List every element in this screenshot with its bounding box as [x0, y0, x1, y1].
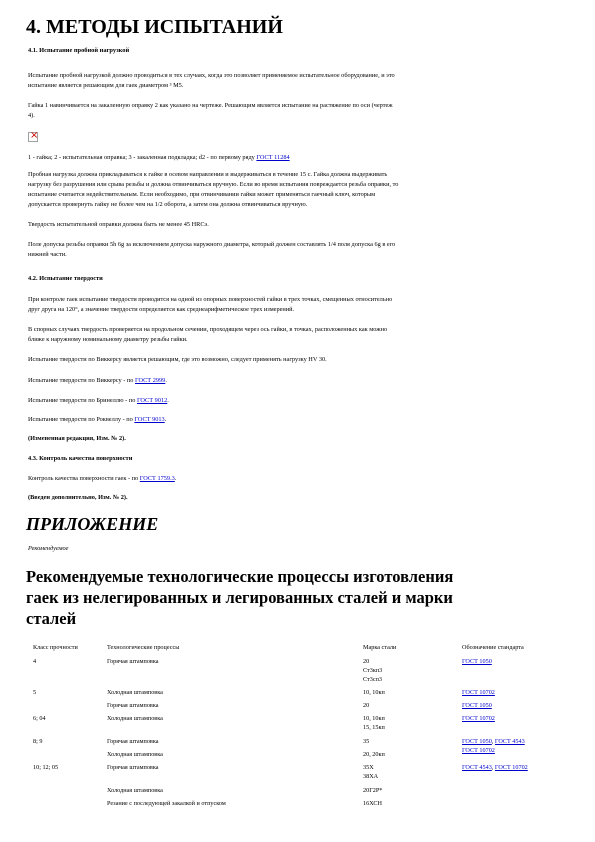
table-cell-process: Горячая штамповка — [107, 763, 159, 772]
table-cell-steel: 38ХА — [363, 772, 378, 781]
gost-10702-link[interactable]: ГОСТ 10702 — [462, 689, 495, 696]
table-cell-process: Горячая штамповка — [107, 701, 159, 710]
gost-10702-link[interactable]: ГОСТ 10702 — [462, 715, 495, 722]
table-cell-class: 4 — [33, 657, 36, 666]
table-cell-steel: 20 — [363, 701, 369, 710]
table-cell-steel: 35 — [363, 737, 369, 746]
table-cell-process: Горячая штамповка — [107, 657, 159, 666]
table-cell-steel: 10, 10кп — [363, 714, 385, 723]
table-cell-process: Холодная штамповка — [107, 688, 163, 697]
table-cell-process: Холодная штамповка — [107, 714, 163, 723]
table-cell-steel: 15, 15кп — [363, 723, 385, 732]
steel-table: Класс прочности Технологические процессы… — [0, 0, 595, 842]
table-cell-steel: Ст3сп3 — [363, 675, 382, 684]
gost-1050-link[interactable]: ГОСТ 1050 — [462, 702, 492, 709]
table-cell-class: 6; 04 — [33, 714, 46, 723]
table-cell-process: Холодная штамповка — [107, 750, 163, 759]
table-cell-steel: 16ХСН — [363, 799, 382, 808]
table-header-cell: Класс прочности — [33, 643, 78, 652]
table-header-cell: Марка стали — [363, 643, 396, 652]
table-header-cell: Технологические процессы — [107, 643, 179, 652]
table-cell-process: Горячая штамповка — [107, 737, 159, 746]
gost-1050-link[interactable]: ГОСТ 1050 — [462, 658, 492, 665]
gost-10702-link[interactable]: ГОСТ 10702 — [495, 764, 528, 771]
table-cell-steel: 35Х — [363, 763, 374, 772]
table-cell-process: Резание с последующей закалкой и отпуско… — [107, 799, 226, 808]
table-cell-class: 5 — [33, 688, 36, 697]
gost-4543-link[interactable]: ГОСТ 4543 — [495, 738, 525, 745]
gost-10702-link[interactable]: ГОСТ 10702 — [462, 747, 495, 754]
table-cell-steel: Ст3кп3 — [363, 666, 382, 675]
gost-4543-link[interactable]: ГОСТ 4543 — [462, 764, 492, 771]
table-cell-steel: 20 — [363, 657, 369, 666]
document-page: 4. МЕТОДЫ ИСПЫТАНИЙ 4.1. Испытание пробн… — [0, 0, 595, 842]
table-cell-class: 8; 9 — [33, 737, 42, 746]
table-cell-class: 10; 12; 05 — [33, 763, 58, 772]
table-cell-steel: 20, 20кп — [363, 750, 385, 759]
table-cell-process: Холодная штамповка — [107, 786, 163, 795]
table-cell-steel: 10, 10кп — [363, 688, 385, 697]
table-cell-steel: 20Г2Р* — [363, 786, 382, 795]
gost-1050-link[interactable]: ГОСТ 1050 — [462, 738, 492, 745]
table-header-cell: Обозначение стандарта — [462, 643, 524, 652]
